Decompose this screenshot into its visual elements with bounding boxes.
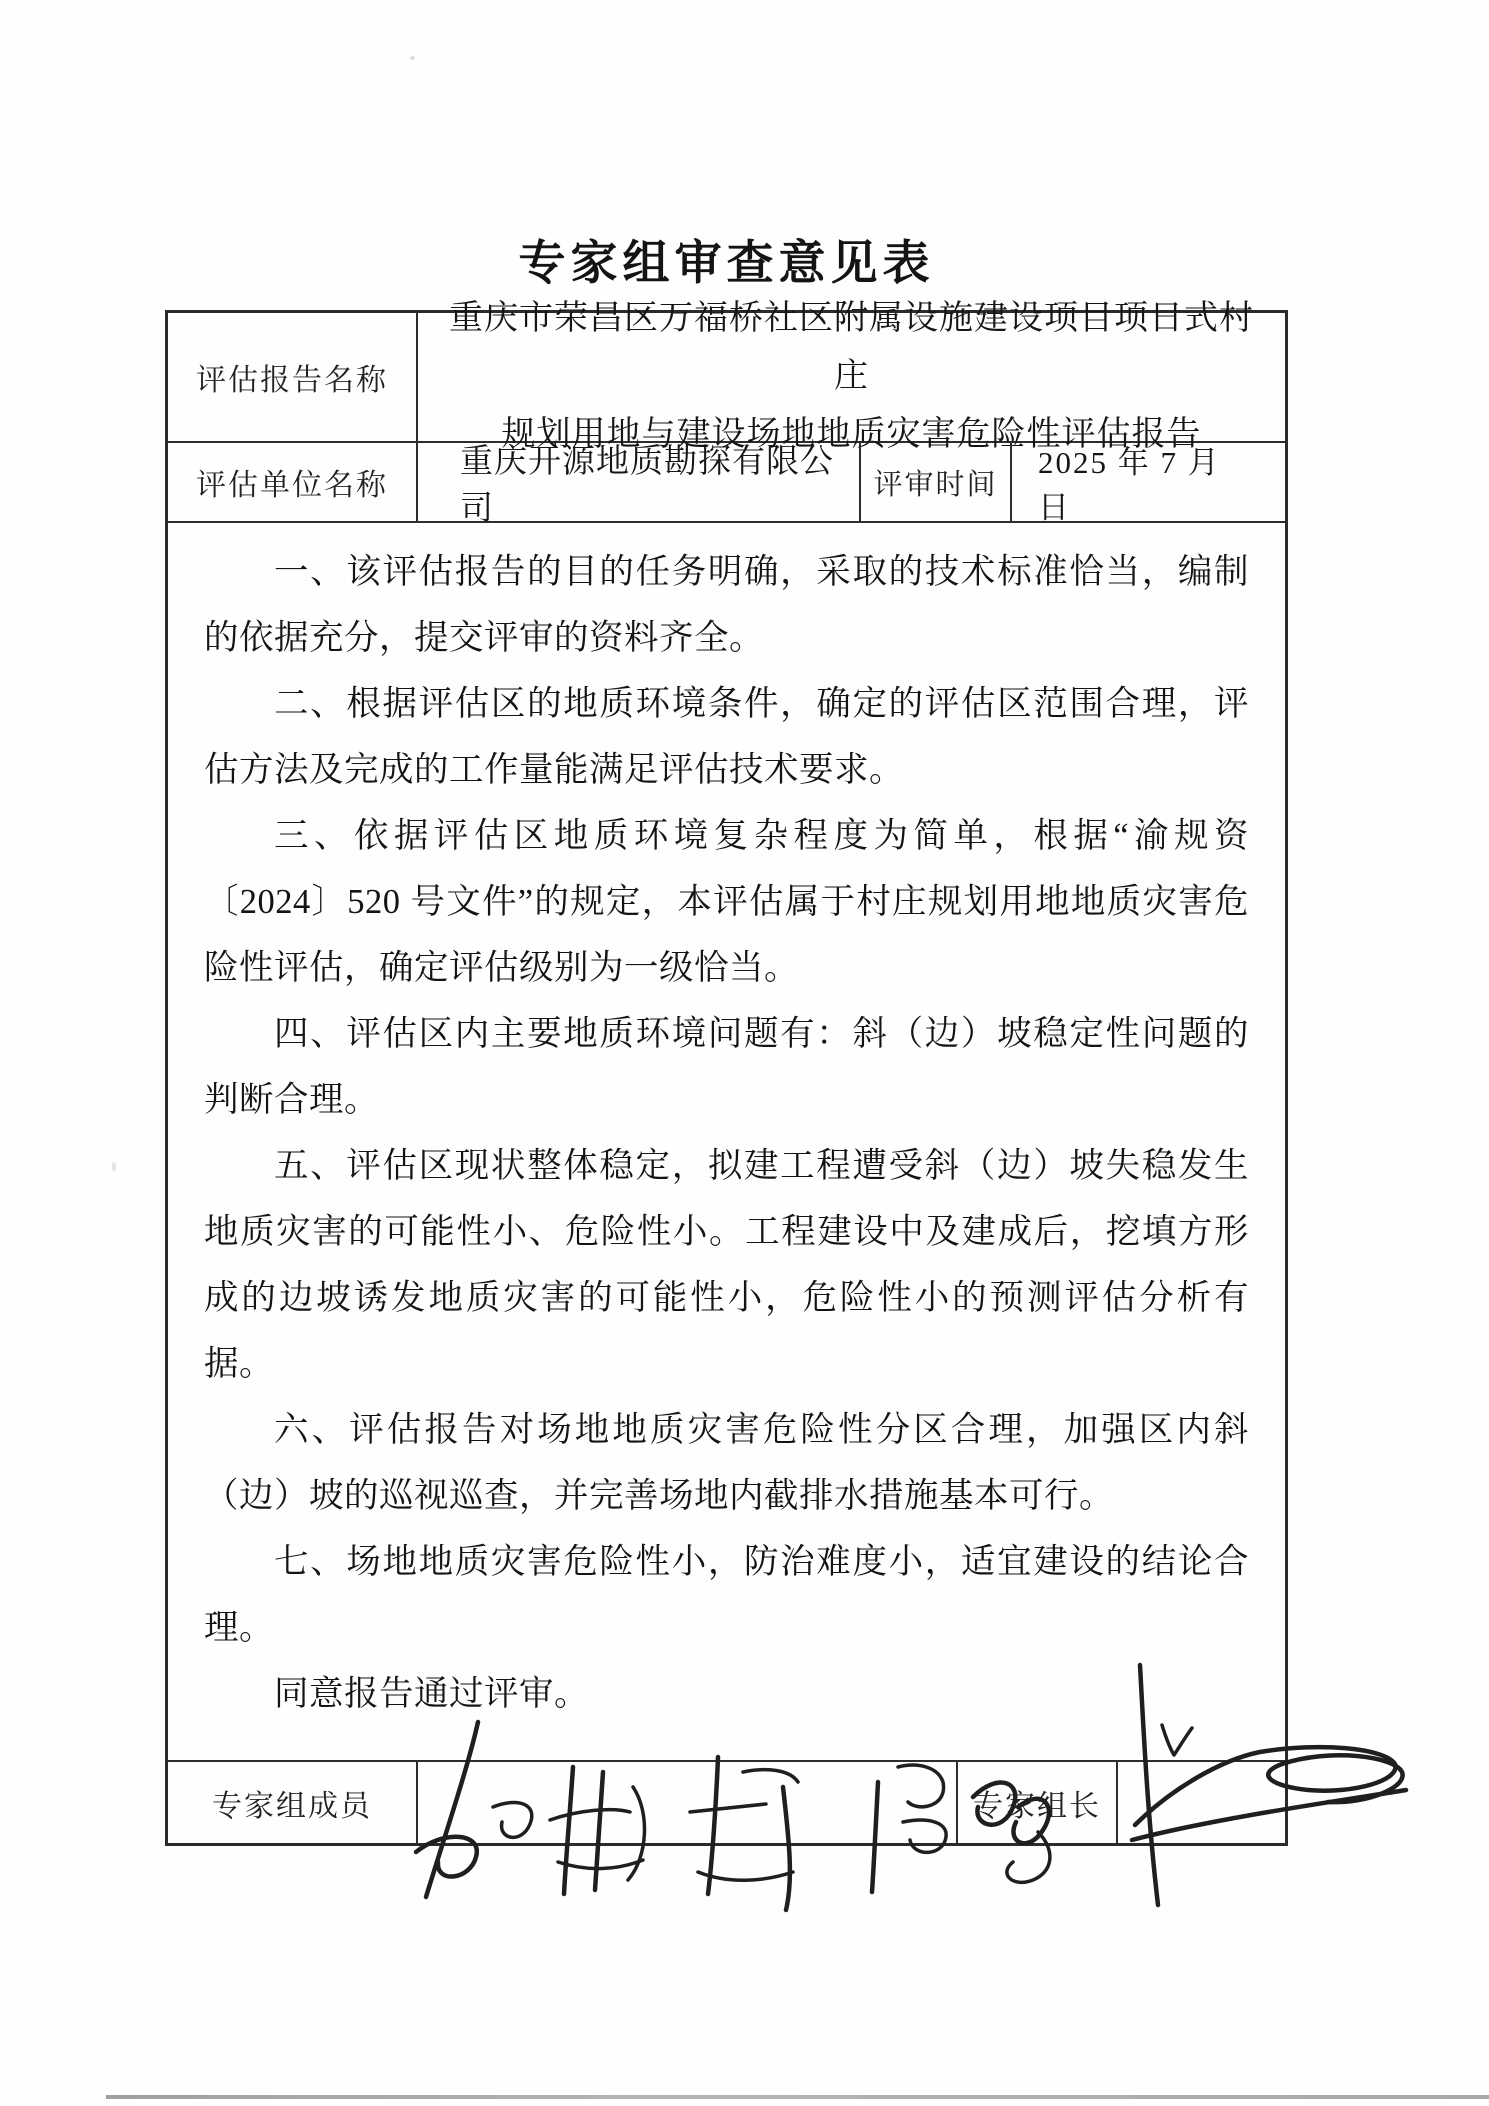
opinion-paragraph-3: 三、依据评估区地质环境复杂程度为简单，根据“渝规资〔2024〕520 号文件”的… <box>204 803 1249 1001</box>
scanned-review-form-page: 专家组审查意见表 评估报告名称 重庆市荣昌区万福桥社区附属设施建设项目项日式村庄… <box>0 0 1489 2106</box>
opinion-paragraph-5: 五、评估区现状整体稳定，拟建工程遭受斜（边）坡失稳发生地质灾害的可能性小、危险性… <box>204 1133 1249 1397</box>
signature-row: 专家组成员 专家组长 <box>168 1762 1285 1843</box>
leader-label: 专家组长 <box>973 1781 1101 1825</box>
opinions-row: 一、该评估报告的目的任务明确，采取的技术标准恰当，编制的依据充分，提交评审的资料… <box>168 523 1285 1762</box>
scan-speck <box>112 1162 116 1171</box>
opinion-paragraph-7: 七、场地地质灾害危险性小，防治难度小，适宜建设的结论合理。 <box>204 1529 1249 1661</box>
opinion-paragraph-1: 一、该评估报告的目的任务明确，采取的技术标准恰当，编制的依据充分，提交评审的资料… <box>204 539 1249 671</box>
review-table: 评估报告名称 重庆市荣昌区万福桥社区附属设施建设项目项日式村庄 规划用地与建设场… <box>165 310 1288 1846</box>
review-time-value: 2025 年 7 月 日 <box>1038 437 1285 527</box>
scan-speck <box>410 56 415 60</box>
report-name-label-cell: 评估报告名称 <box>168 313 418 441</box>
unit-value-cell: 重庆开源地质勘探有限公司 <box>418 443 861 521</box>
unit-label-cell: 评估单位名称 <box>168 443 418 521</box>
report-name-row: 评估报告名称 重庆市荣昌区万福桥社区附属设施建设项目项日式村庄 规划用地与建设场… <box>168 313 1285 443</box>
opinion-paragraph-4: 四、评估区内主要地质环境问题有：斜（边）坡稳定性问题的判断合理。 <box>204 1001 1249 1133</box>
report-name-label: 评估报告名称 <box>196 355 388 399</box>
page-title: 专家组审查意见表 <box>165 226 1288 293</box>
opinion-paragraph-6: 六、评估报告对场地地质灾害危险性分区合理，加强区内斜（边）坡的巡视巡查，并完善场… <box>204 1397 1249 1529</box>
unit-label: 评估单位名称 <box>196 460 388 504</box>
members-label-cell: 专家组成员 <box>168 1762 418 1843</box>
scan-edge-line <box>106 2095 1489 2099</box>
leader-label-cell: 专家组长 <box>958 1762 1118 1843</box>
review-time-label: 评审时间 <box>873 462 997 503</box>
unit-row: 评估单位名称 重庆开源地质勘探有限公司 评审时间 2025 年 7 月 日 <box>168 443 1285 523</box>
members-label: 专家组成员 <box>212 1781 372 1825</box>
leader-signature-cell <box>1118 1762 1285 1843</box>
report-name-line-1: 重庆市荣昌区万福桥社区附属设施建设项目项日式村庄 <box>436 290 1267 406</box>
opinion-paragraph-2: 二、根据评估区的地质环境条件，确定的评估区范围合理，评估方法及完成的工作量能满足… <box>204 671 1249 803</box>
report-name-value-cell: 重庆市荣昌区万福桥社区附属设施建设项目项日式村庄 规划用地与建设场地地质灾害危险… <box>418 313 1285 441</box>
unit-value: 重庆开源地质勘探有限公司 <box>460 435 859 529</box>
review-time-label-cell: 评审时间 <box>861 443 1012 521</box>
opinion-conclusion: 同意报告通过评审。 <box>204 1661 1249 1727</box>
opinions-cell: 一、该评估报告的目的任务明确，采取的技术标准恰当，编制的依据充分，提交评审的资料… <box>168 523 1285 1760</box>
members-signature-cell <box>418 1762 958 1843</box>
review-time-value-cell: 2025 年 7 月 日 <box>1012 443 1285 521</box>
